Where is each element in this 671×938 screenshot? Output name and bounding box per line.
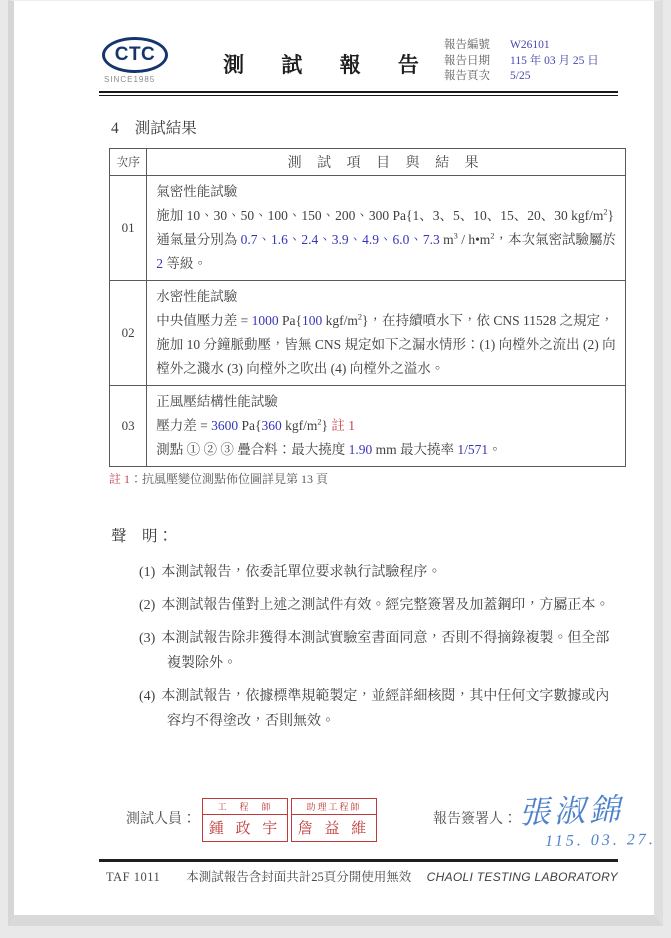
seq-column-header: 次序 <box>110 148 147 175</box>
report-number-label: 報告編號 <box>444 38 502 54</box>
result-line: 正風壓結構性能試驗 <box>156 390 616 414</box>
report-signer-label: 報告簽署人： <box>433 808 517 828</box>
footer-rule <box>99 859 618 862</box>
engineer-stamp: 工 程 師 鍾 政 宇 <box>202 798 288 842</box>
result-line: 水密性能試驗 <box>156 285 616 309</box>
declaration-item-text: 本測試報告，依據標準規範製定，並經詳細核閱，其中任何文字數據或內容均不得塗改，否… <box>161 689 609 729</box>
result-line: 施加 10 分鐘脈動壓，皆無 CNS 規定如下之漏水情形：(1) 向樘外之流出 … <box>156 333 616 357</box>
result-line: 壓力差 = 3600 Pa{360 kgf/m2} 註 1 <box>156 414 616 438</box>
stamp-title: 助理工程師 <box>292 799 376 815</box>
ctc-logo-since: SINCE1985 <box>104 75 198 84</box>
result-line: 測點 ① ② ③ 疊合料：最大撓度 1.90 mm 最大撓率 1/571。 <box>156 438 616 462</box>
declaration-item-number: (1) <box>139 565 155 580</box>
report-header: CTC SINCE1985 測 試 報 告 報告編號 W26101 報告日期 1… <box>102 37 622 85</box>
declaration-item: (3)本測試報告除非獲得本測試實驗室書面同意，否則不得摘錄複製。但全部複製除外。 <box>139 626 622 676</box>
signoff-section: 測試人員： 工 程 師 鍾 政 宇 助理工程師 詹 益 維 報告簽署人： 張淑錦… <box>14 794 654 850</box>
report-page-label: 報告頁次 <box>444 69 502 85</box>
report-date-value: 115 年 03 月 25 日 <box>510 54 599 70</box>
declaration-item-text: 本測試報告，依委託單位要求執行試驗程序。 <box>161 565 441 580</box>
result-line: 樘外之濺水 (3) 向樘外之吹出 (4) 向樘外之溢水。 <box>156 357 616 381</box>
declaration-item-number: (3) <box>139 631 155 646</box>
report-number-row: 報告編號 W26101 <box>444 38 622 54</box>
report-page: CTC SINCE1985 測 試 報 告 報告編號 W26101 報告日期 1… <box>8 0 663 926</box>
footer-notice: 本測試報告含封面共計25頁分開使用無效 <box>186 867 426 885</box>
result-line: 施加 10、30、50、100、150、200、300 Pa{1、3、5、10、… <box>156 204 616 228</box>
report-page-value: 5/25 <box>510 69 530 85</box>
stamp-name: 鍾 政 宇 <box>203 815 287 841</box>
declaration-item-number: (2) <box>139 598 155 613</box>
declaration-item: (2)本測試報告僅對上述之測試件有效。經完整簽署及加蓋鋼印，方屬正本。 <box>139 593 622 618</box>
declaration-item-text: 本測試報告除非獲得本測試實驗室書面同意，否則不得摘錄複製。但全部複製除外。 <box>161 631 609 671</box>
report-number-value: W26101 <box>510 38 550 54</box>
results-table: 次序 測 試 項 目 與 結 果 01 氣密性能試驗 施加 10、30、50、1… <box>109 148 626 467</box>
row-seq: 01 <box>110 175 147 280</box>
row-seq: 03 <box>110 385 147 466</box>
stamp-title: 工 程 師 <box>203 799 287 815</box>
declaration-item: (4)本測試報告，依據標準規範製定，並經詳細核閱，其中任何文字數據或內容均不得塗… <box>139 684 622 734</box>
taf-code: TAF 1011 <box>106 870 160 885</box>
stamp-name: 詹 益 維 <box>292 815 376 841</box>
section-heading: 4測試結果 <box>111 116 654 138</box>
report-date-label: 報告日期 <box>444 54 502 70</box>
row-content: 氣密性能試驗 施加 10、30、50、100、150、200、300 Pa{1、… <box>147 175 626 280</box>
report-info: 報告編號 W26101 報告日期 115 年 03 月 25 日 報告頁次 5/… <box>444 37 622 85</box>
row-seq: 02 <box>110 280 147 385</box>
header-divider <box>99 91 618 96</box>
result-row-03: 03 正風壓結構性能試驗 壓力差 = 3600 Pa{360 kgf/m2} 註… <box>110 385 626 466</box>
result-line: 氣密性能試驗 <box>156 180 616 204</box>
ctc-logo: CTC SINCE1985 <box>102 37 198 84</box>
result-row-02: 02 水密性能試驗 中央值壓力差 = 1000 Pa{100 kgf/m2}，在… <box>110 280 626 385</box>
result-row-01: 01 氣密性能試驗 施加 10、30、50、100、150、200、300 Pa… <box>110 175 626 280</box>
report-title: 測 試 報 告 <box>198 37 444 79</box>
report-date-row: 報告日期 115 年 03 月 25 日 <box>444 54 622 70</box>
result-line: 2 等級。 <box>156 252 616 276</box>
results-column-header: 測 試 項 目 與 結 果 <box>147 148 626 175</box>
section-number: 4 <box>111 120 119 137</box>
signature-date: 115. 03. 27. <box>545 831 656 851</box>
section-title: 測試結果 <box>135 120 197 137</box>
declaration-item-text: 本測試報告僅對上述之測試件有效。經完整簽署及加蓋鋼印，方屬正本。 <box>161 598 609 613</box>
declaration-section: 聲 明： (1)本測試報告，依委託單位要求執行試驗程序。 (2)本測試報告僅對上… <box>111 524 581 734</box>
declaration-item-number: (4) <box>139 689 155 704</box>
table-header-row: 次序 測 試 項 目 與 結 果 <box>110 148 626 175</box>
ctc-logo-oval: CTC <box>102 37 168 73</box>
test-personnel-label: 測試人員： <box>126 808 196 828</box>
page-footer: TAF 1011 本測試報告含封面共計25頁分開使用無效 CHAOLI TEST… <box>14 859 654 885</box>
result-line: 通氣量分別為 0.7、1.6、2.4、3.9、4.9、6.0、7.3 m3 / … <box>156 228 616 252</box>
footnote-1: 註 1：抗風壓變位測點佈位圖詳見第 13 頁 <box>109 471 654 488</box>
report-page-row: 報告頁次 5/25 <box>444 69 622 85</box>
signature-name: 張淑錦 <box>518 792 656 831</box>
declaration-item: (1)本測試報告，依委託單位要求執行試驗程序。 <box>139 560 622 585</box>
declaration-heading: 聲 明： <box>111 524 581 546</box>
row-content: 水密性能試驗 中央值壓力差 = 1000 Pa{100 kgf/m2}，在持續噴… <box>147 280 626 385</box>
ctc-logo-text: CTC <box>115 44 156 66</box>
signer-signature: 張淑錦 115. 03. 27. <box>519 794 656 850</box>
assistant-engineer-stamp: 助理工程師 詹 益 維 <box>291 798 377 842</box>
footer-row: TAF 1011 本測試報告含封面共計25頁分開使用無效 CHAOLI TEST… <box>106 867 618 885</box>
row-content: 正風壓結構性能試驗 壓力差 = 3600 Pa{360 kgf/m2} 註 1 … <box>147 385 626 466</box>
personnel-stamps: 工 程 師 鍾 政 宇 助理工程師 詹 益 維 <box>202 798 377 842</box>
result-line: 中央值壓力差 = 1000 Pa{100 kgf/m2}，在持續噴水下，依 CN… <box>156 309 616 333</box>
lab-name: CHAOLI TESTING LABORATORY <box>427 870 618 884</box>
